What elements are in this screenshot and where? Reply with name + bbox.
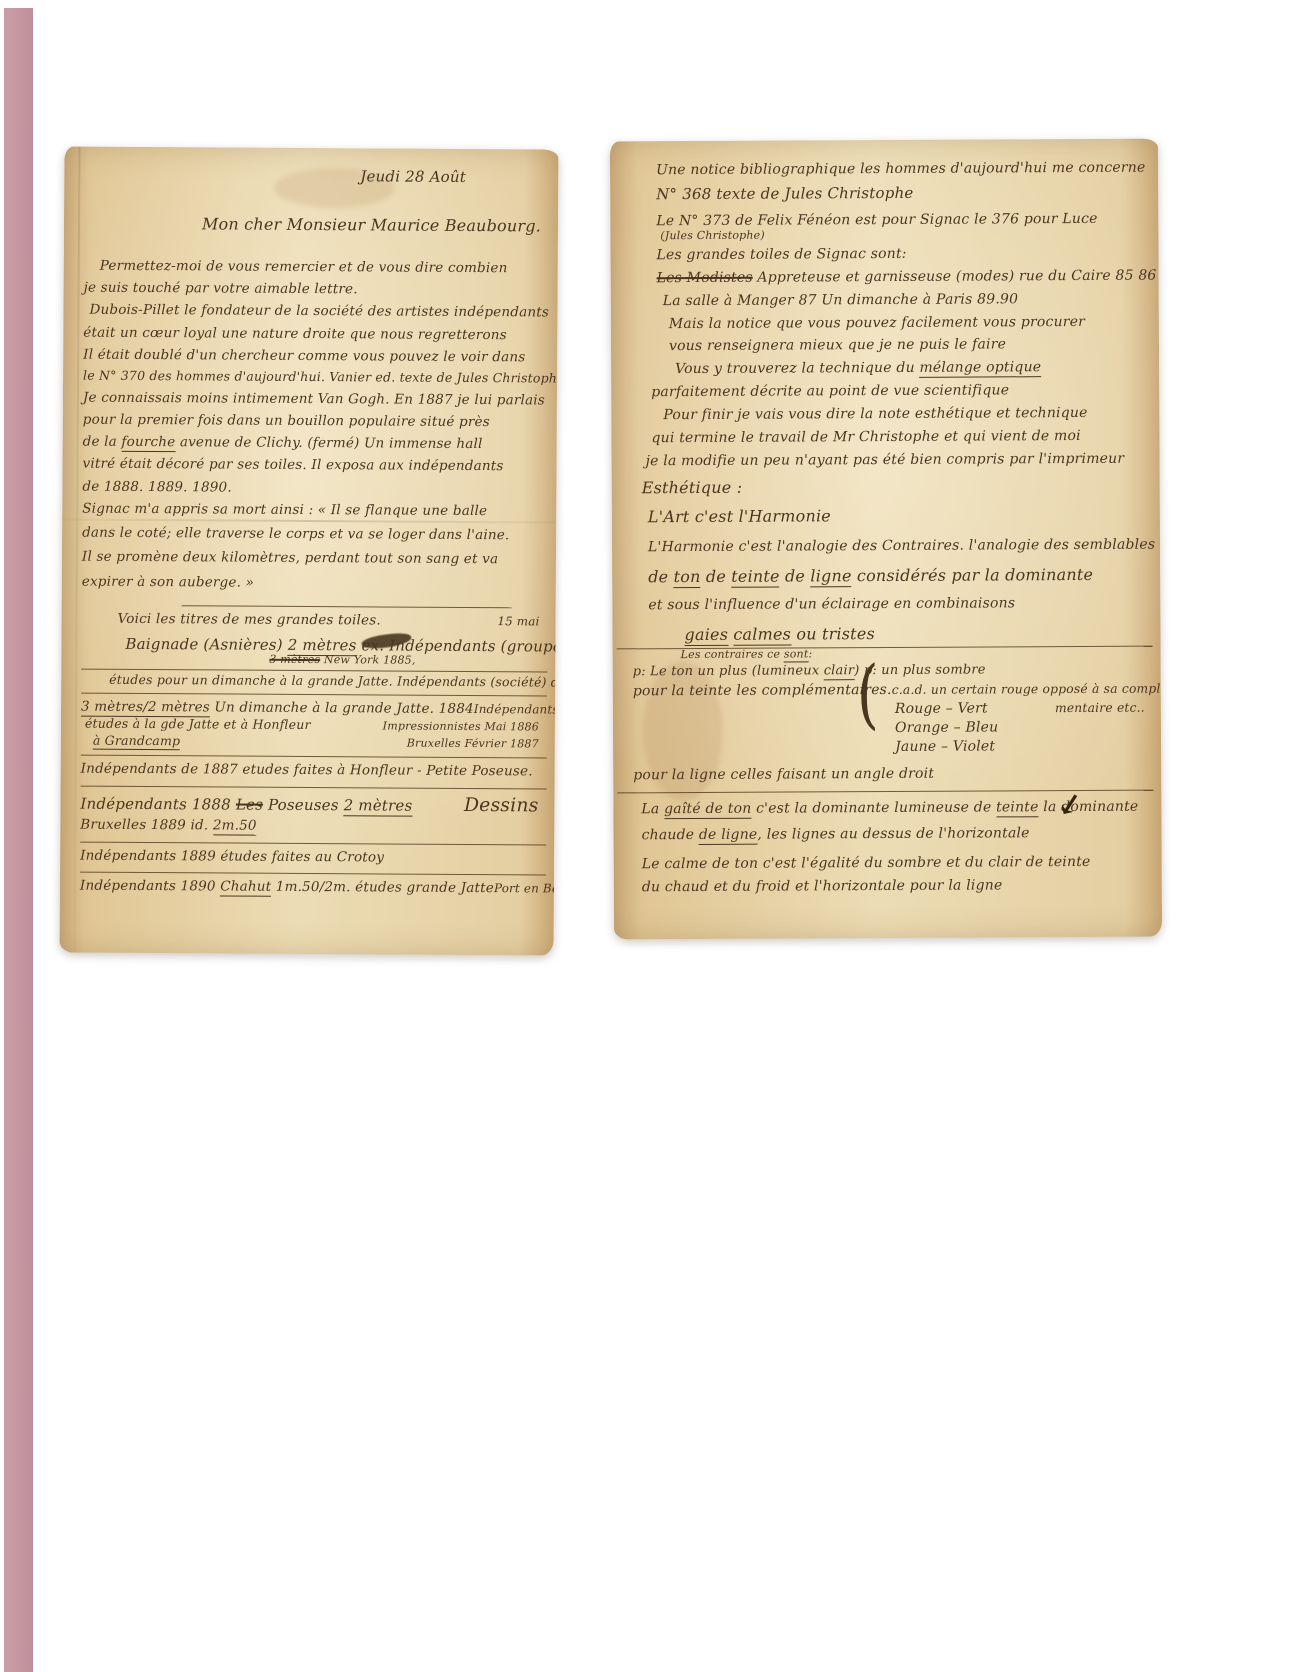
handwritten-line: de la fourche avenue de Clichy. (fermé) …: [83, 433, 541, 454]
handwritten-line: dans le coté; elle traverse le corps et …: [82, 524, 540, 545]
manuscript-page-2: Une notice bibliographique les hommes d'…: [610, 139, 1162, 940]
handwritten-line: vitré était décoré par ses toiles. Il ex…: [82, 455, 540, 476]
handwritten-line: Jeudi 28 Août: [360, 166, 542, 187]
ink-rule: [182, 605, 512, 608]
handwritten-line: expirer à son auberge. »: [82, 572, 540, 593]
handwritten-line: p: Le ton un plus (lumineux clair) p: un…: [633, 660, 1145, 680]
handwritten-line: Voici les titres de mes grandes toiles.1…: [118, 610, 540, 631]
handwritten-line: Mon cher Monsieur Maurice Beaubourg.: [202, 214, 542, 238]
page-1-text: Jeudi 28 AoûtMon cher Monsieur Maurice B…: [60, 146, 559, 955]
ink-rule: [80, 841, 546, 845]
handwritten-line: était un cœur loyal une nature droite qu…: [83, 323, 541, 344]
handwritten-line: chaude de ligne, les lignes au dessus de…: [641, 823, 1145, 845]
handwritten-line: Esthétique :: [642, 474, 1144, 498]
handwritten-line: Pour finir je vais vous dire la note est…: [663, 404, 1143, 425]
handwritten-line: Indépendants 1889 études faites au Croto…: [80, 846, 538, 867]
handwritten-line: de 1888. 1889. 1890.: [82, 477, 540, 498]
handwritten-line: Il se promène deux kilomètres, perdant t…: [82, 548, 540, 569]
ink-rule: [81, 755, 547, 759]
ink-rule: [80, 872, 546, 876]
handwritten-line: Mais la notice que vous pouvez facilemen…: [669, 312, 1143, 333]
handwritten-line: je la modifie un peu n'ayant pas été bie…: [646, 450, 1144, 471]
handwritten-line: et sous l'influence d'un éclairage en co…: [648, 594, 1144, 615]
handwritten-line: vous renseignera mieux que je ne puis le…: [669, 335, 1143, 356]
handwritten-line: N° 368 texte de Jules Christophe: [656, 182, 1142, 205]
scanned-letter-view: Jeudi 28 AoûtMon cher Monsieur Maurice B…: [0, 0, 1301, 1672]
handwritten-line: La salle à Manger 87 Un dimanche à Paris…: [663, 289, 1143, 310]
handwritten-line: Permettez-moi de vous remercier et de vo…: [100, 257, 542, 278]
ink-rule: [81, 693, 547, 697]
handwritten-line: je suis touché par votre aimable lettre.: [84, 279, 542, 300]
handwritten-line: à GrandcampBruxelles Février 1887: [93, 733, 539, 753]
handwritten-line: Indépendants 1890 Chahut 1m.50/2m. étude…: [80, 877, 538, 898]
ink-rule: [81, 786, 547, 790]
handwritten-line: études pour un dimanche à la grande Jatt…: [109, 672, 539, 692]
handwritten-line: Jaune – Violet: [895, 737, 1145, 757]
handwritten-line: Une notice bibliographique les hommes d'…: [656, 159, 1142, 180]
handwritten-line: Indépendants 1888 Les Poseuses 2 mètresD…: [80, 791, 538, 819]
handwritten-line: de ton de teinte de ligne considérés par…: [648, 564, 1144, 588]
brace-mark: (: [857, 651, 879, 739]
handwritten-line: Il était doublé d'un chercheur comme vou…: [83, 345, 541, 366]
handwritten-line: Indépendants de 1887 etudes faites à Hon…: [81, 760, 539, 781]
handwritten-line: pour la ligne celles faisant un angle dr…: [633, 764, 1145, 786]
handwritten-line: du chaud et du froid et l'horizontale po…: [642, 876, 1146, 898]
handwritten-line: Les grandes toiles de Signac sont:: [656, 244, 1142, 265]
handwritten-line: pour la premier fois dans un bouillon po…: [83, 411, 541, 432]
handwritten-line: Orange – Bleu: [895, 718, 1145, 738]
handwritten-line: Signac m'a appris sa mort ainsi : « Il s…: [82, 500, 540, 521]
accent-bar: [4, 8, 33, 1672]
handwritten-line: parfaitement décrite au point de vue sci…: [651, 381, 1143, 402]
handwritten-line: L'Harmonie c'est l'analogie des Contrair…: [648, 536, 1144, 557]
handwritten-line: le N° 370 des hommes d'aujourd'hui. Vani…: [83, 368, 541, 388]
handwritten-line: Rouge – Vertmentaire etc..: [895, 699, 1145, 719]
manuscript-page-1: Jeudi 28 AoûtMon cher Monsieur Maurice B…: [60, 146, 559, 955]
handwritten-line: Je connaissais moins intimement Van Gogh…: [83, 388, 541, 409]
handwritten-line: Le calme de ton c'est l'égalité du sombr…: [642, 852, 1146, 874]
handwritten-line: L'Art c'est l'Harmonie: [648, 504, 1144, 528]
handwritten-line: Vous y trouverez la technique du mélange…: [675, 358, 1143, 379]
handwritten-line: qui termine le travail de Mr Christophe …: [651, 427, 1143, 448]
handwritten-line: gaies calmes ou tristes: [684, 622, 1144, 646]
handwritten-line: Dubois-Pillet le fondateur de la société…: [89, 301, 541, 322]
handwritten-line: Bruxelles 1889 id. 2m.50: [80, 816, 538, 837]
handwritten-line: Les Modistes Appreteuse et garnisseuse (…: [657, 266, 1143, 287]
